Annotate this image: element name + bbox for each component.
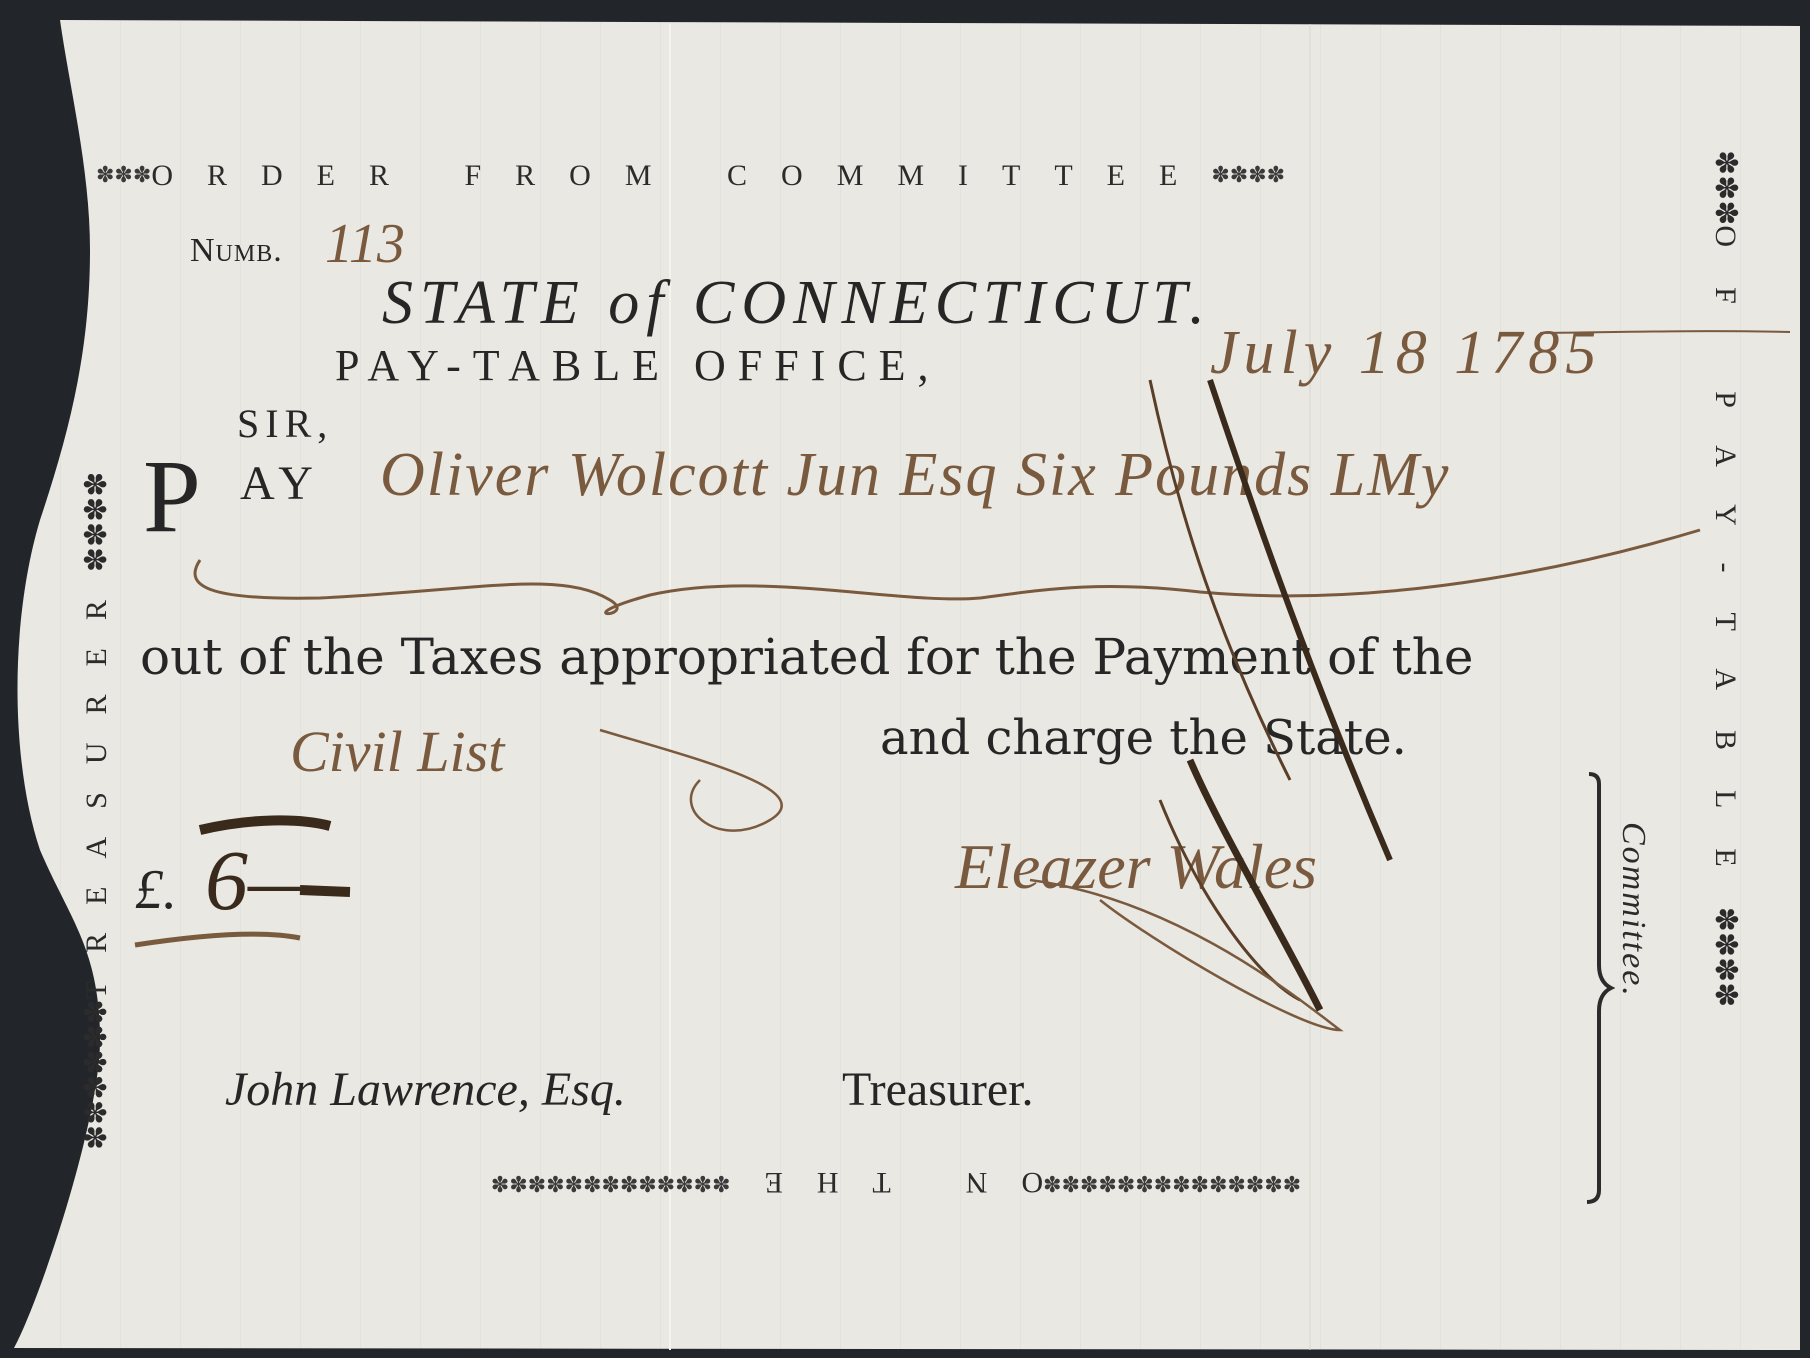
committee-signature: Eleazer Wales	[955, 830, 1317, 904]
pay-initial: P	[143, 445, 201, 549]
date-value: July 18 1785	[1210, 318, 1602, 389]
border-right-text: OF PAY-TABLE	[1709, 225, 1742, 906]
currency-label: £.	[135, 858, 177, 922]
amount-value: 6—	[205, 830, 324, 930]
border-bottom: ✽✽✽✽✽✽✽✽✽✽✽✽✽✽ON THE✽✽✽✽✽✽✽✽✽✽✽✽✽	[96, 1167, 1696, 1198]
border-top-text: ORDER FROM COMMITTEE	[151, 159, 1211, 192]
treasurer-name: John Lawrence, Esq.	[225, 1062, 626, 1117]
border-right: ✽✽✽OF PAY-TABLE✽✽✽✽	[1710, 150, 1740, 1007]
payee-value: Oliver Wolcott Jun Esq Six Pounds LMy	[380, 440, 1450, 511]
border-left-text: TREASURER	[80, 572, 113, 999]
border-top: ✽✽✽ORDER FROM COMMITTEE✽✽✽✽	[96, 160, 1285, 191]
brace-icon	[1585, 770, 1615, 1210]
committee-label: Committee.	[1614, 822, 1652, 998]
border-bottom-text: ON THE	[730, 1166, 1043, 1199]
office-label: PAY-TABLE OFFICE,	[335, 340, 941, 391]
number-value: 113	[325, 212, 405, 276]
charge-text: and charge the State.	[880, 710, 1407, 766]
document-sheet: ✽✽✽ORDER FROM COMMITTEE✽✽✽✽ ✽✽✽✽✽✽✽✽✽✽✽✽…	[0, 0, 1810, 1358]
pay-label: AY	[240, 456, 321, 511]
document-title: STATE of CONNECTICUT.	[382, 268, 1212, 339]
number-label: Numb.	[190, 232, 283, 270]
treasurer-title: Treasurer.	[842, 1062, 1034, 1117]
body-text: out of the Taxes appropriated for the Pa…	[140, 628, 1474, 686]
fund-value: Civil List	[290, 718, 504, 785]
salutation: SIR,	[237, 400, 333, 447]
border-left: ✽✽✽✽✽✽TREASURER✽✽✽✽	[82, 472, 112, 1150]
